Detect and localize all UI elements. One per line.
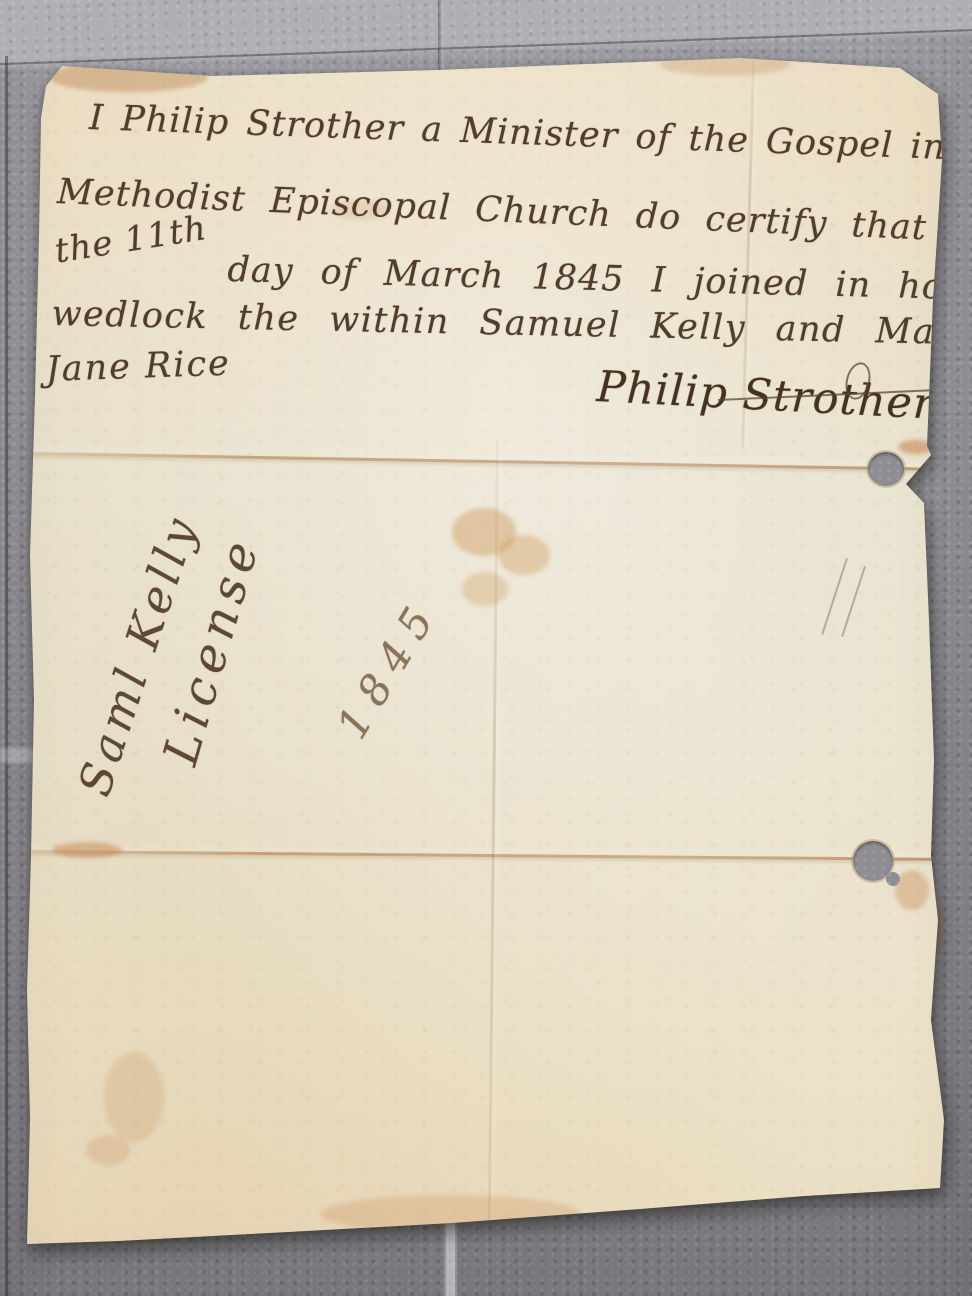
stain <box>898 440 934 454</box>
stain <box>320 1195 580 1233</box>
stain <box>462 572 508 606</box>
ink-mark <box>821 558 848 635</box>
stain <box>660 52 790 76</box>
handwriting-line-1: I Philip Strother a Minister of the Gosp… <box>89 98 972 171</box>
fold-crease-vertical-1 <box>488 440 499 1235</box>
fold-crease-horizontal-2 <box>29 850 933 861</box>
stain <box>86 1135 130 1165</box>
stain <box>498 535 550 575</box>
document-paper: I Philip Strother a Minister of the Gosp… <box>0 0 972 1296</box>
stain <box>52 842 122 858</box>
handwriting-line-3-day: the 11th <box>52 208 210 271</box>
handwriting-line-5: Jane Rice <box>45 344 231 390</box>
ink-mark <box>841 566 866 637</box>
stain <box>48 62 208 92</box>
fold-crease-horizontal-1 <box>30 452 928 471</box>
punch-hole-bottom-chip <box>886 872 900 886</box>
docket-year: 1845 <box>327 589 449 747</box>
stain <box>895 870 929 910</box>
stain <box>104 1052 164 1142</box>
document-paper-surface: I Philip Strother a Minister of the Gosp… <box>0 0 972 1296</box>
punch-hole-top <box>868 452 904 486</box>
photo-stage: I Philip Strother a Minister of the Gosp… <box>0 0 972 1296</box>
